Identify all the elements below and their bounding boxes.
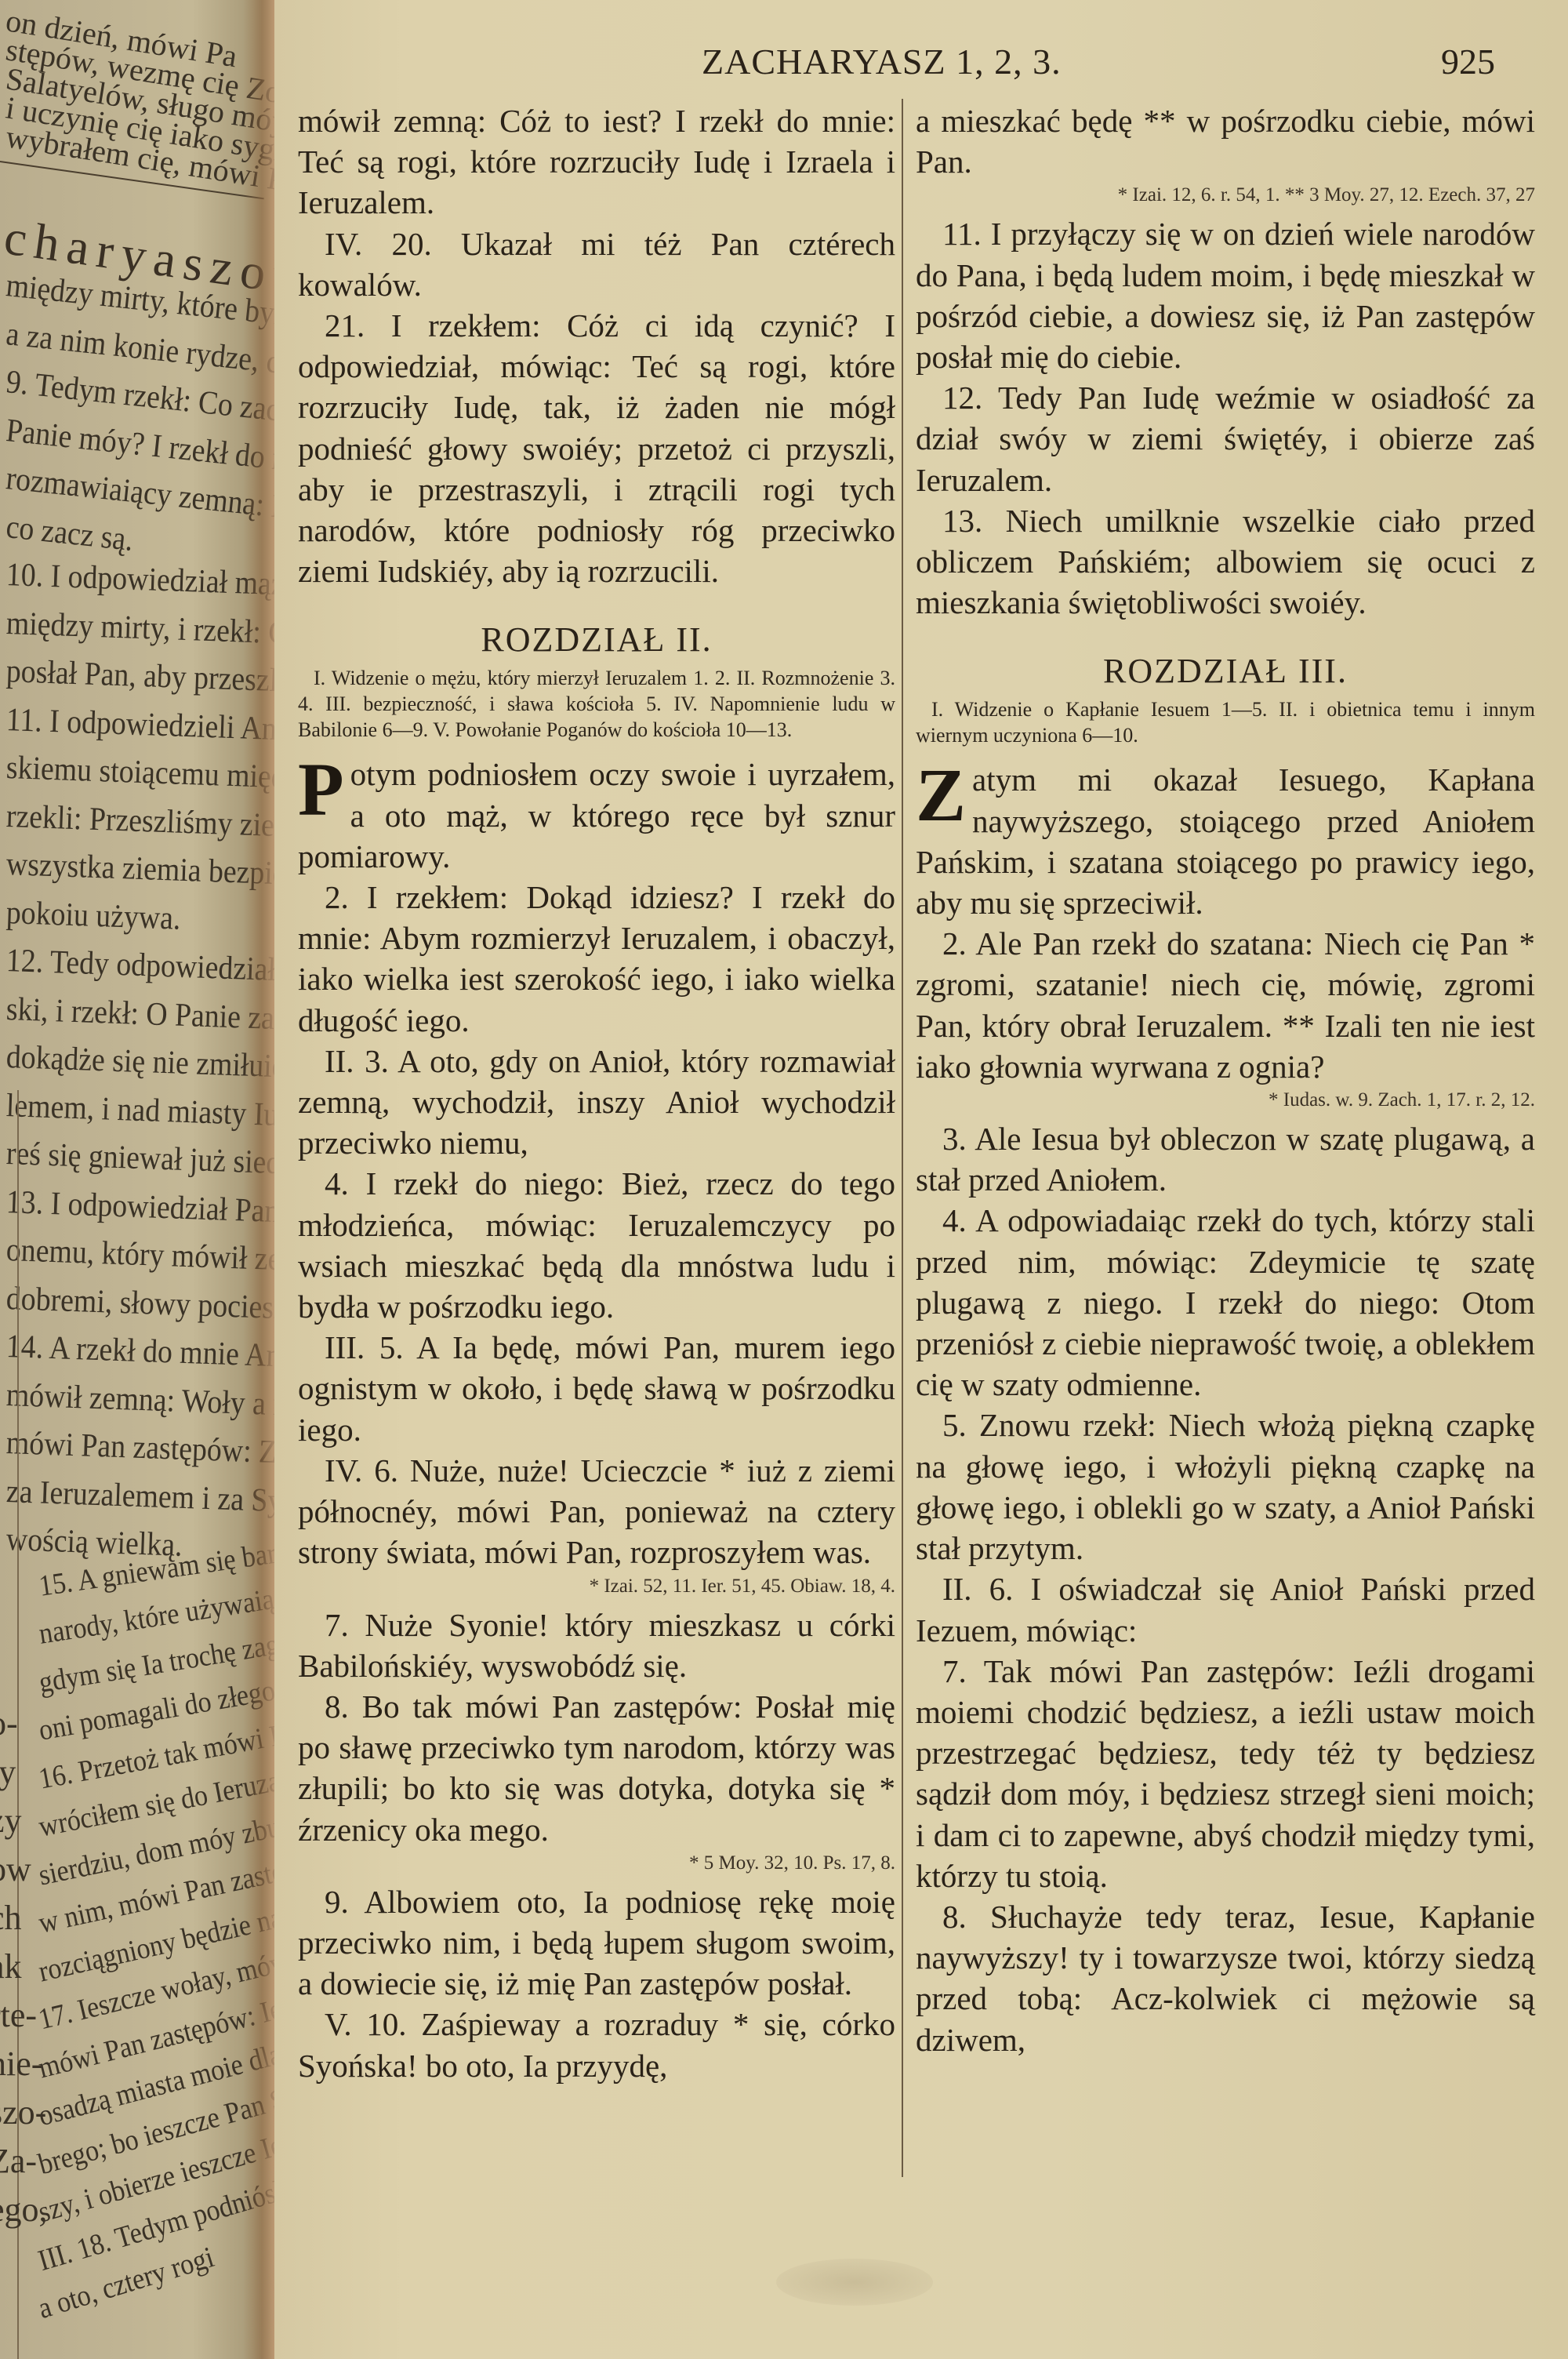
previous-page-edge-fragment: ow [0, 1849, 31, 1889]
verse-paragraph: V. 10. Zaśpieway a rozraduy * się, córko… [298, 2004, 895, 2085]
previous-page-line: między mirty, i rzekł: Ci są [5, 605, 274, 653]
previous-page-edge-fragment: ły [0, 1752, 16, 1792]
verse-paragraph: 7. Nuże Syonie! który mieszkasz u córki … [298, 1605, 895, 1686]
previous-page-edge-fragment: szo- [0, 2092, 46, 2132]
verse-text: 3. Ale Iesua był obleczon w szatę plugaw… [916, 1121, 1535, 1198]
previous-page-line: posłał Pan, aby przeszli ziemię [5, 652, 274, 703]
cross-reference-footnote: * 5 Moy. 32, 10. Ps. 17, 8. [298, 1850, 895, 1877]
verse-text: V. 10. Zaśpieway a rozraduy * się, córko… [298, 2006, 895, 2083]
verse-text: 4. I rzekł do niego: Bież, rzecz do tego… [298, 1165, 895, 1325]
previous-page-line: reś się gniewał już siedmdzies [5, 1135, 274, 1185]
verse-text: IV. 20. Ukazał mi téż Pan cztérech kowal… [298, 226, 895, 303]
verse-paragraph: 5. Znowu rzekł: Niech włożą piękną czapk… [916, 1405, 1535, 1568]
previous-page-line: dokądże się nie zmiłuiesz nad [5, 1038, 274, 1089]
previous-page-line: za Ieruzalemem i za Syonem [5, 1473, 274, 1522]
previous-page-line: 13. I odpowiedział Pan A [5, 1183, 274, 1231]
verse-paragraph: Zatym mi okazał Iesuego, Kapłana naywyżs… [916, 759, 1535, 923]
verse-paragraph: a mieszkać będę ** w pośrzodku ciebie, m… [916, 100, 1535, 182]
page-number: 925 [1441, 41, 1495, 82]
verse-text: 2. I rzekłem: Dokąd idziesz? I rzekł do … [298, 879, 895, 1038]
previous-page-line: mówi Pan zastępów: Zapal [5, 1424, 274, 1473]
previous-page-line: ski, i rzekł: O Panie zastę [5, 990, 274, 1038]
verse-paragraph: 3. Ale Iesua był obleczon w szatę plugaw… [916, 1118, 1535, 1200]
previous-page-edge-fragment: rte- [0, 1995, 37, 2035]
chapter-summary: I. Widzenie o mężu, który mierzył Ieruza… [298, 665, 895, 743]
verse-paragraph: Potym podniosłem oczy swoie i uyrzałem, … [298, 754, 895, 877]
verse-text: atym mi okazał Iesuego, Kapłana naywyższ… [916, 761, 1535, 921]
verse-paragraph: II. 3. A oto, gdy on Anioł, który rozmaw… [298, 1041, 895, 1164]
verse-paragraph: mówił zemną: Cóż to iest? I rzekł do mni… [298, 100, 895, 224]
verse-paragraph: 13. Niech umilknie wszelkie ciało przed … [916, 500, 1535, 623]
previous-page-edge-fragment: zy [0, 1801, 22, 1841]
cross-reference-footnote: * Iudas. w. 9. Zach. 1, 17. r. 2, 12. [916, 1087, 1535, 1114]
previous-page-line: skiemu stoiącemu między m [5, 749, 274, 798]
previous-page-line: rzekli: Przeszliśmy ziemię, [5, 798, 274, 846]
verse-text: 5. Znowu rzekł: Niech włożą piękną czapk… [916, 1407, 1535, 1566]
previous-page-line: co zacz są. [4, 508, 135, 559]
previous-page-edge-fragment: ak [0, 1946, 22, 1986]
previous-page-edge-fragment: Za- [0, 2141, 37, 2181]
chapter-heading: ROZDZIAŁ III. [916, 649, 1535, 693]
verse-text: 8. Słuchayże tedy teraz, Iesue, Kapłanie… [916, 1899, 1535, 2058]
verse-text: II. 6. I oświadczał się Anioł Pański prz… [916, 1571, 1535, 1648]
previous-page-line: wszystka ziemia bezpiecznie [5, 845, 274, 895]
verse-text: 11. I przyłączy się w on dzień wiele nar… [916, 216, 1535, 375]
previous-page-line: 14. A rzekł do mnie Anioł [5, 1328, 274, 1376]
verse-text: 2. Ale Pan rzekł do szatana: Niech cię P… [916, 925, 1535, 1085]
verse-paragraph: 2. I rzekłem: Dokąd idziesz? I rzekł do … [298, 877, 895, 1041]
verse-text: 21. I rzekłem: Cóż ci idą czynić? I odpo… [298, 307, 895, 589]
previous-page-line: dobremi, słowy pociesznemi. [5, 1280, 274, 1329]
previous-page-line: pokoiu używa. [5, 894, 181, 938]
verse-text: 9. Albowiem oto, Ia podniosę rękę moię p… [298, 1884, 895, 2001]
verse-text: II. 3. A oto, gdy on Anioł, który rozmaw… [298, 1043, 895, 1161]
previous-page: on dzień, mówi Pastępów, wezmę cię Zorob… [0, 0, 274, 2359]
running-head: ZACHARYASZ 1, 2, 3. 925 [274, 41, 1568, 88]
verse-text: mówił zemną: Cóż to iest? I rzekł do mni… [298, 103, 895, 220]
verse-text: a mieszkać będę ** w pośrzodku ciebie, m… [916, 103, 1535, 180]
column-divider [902, 99, 903, 2177]
previous-page-line: onemu, który mówił zemną [5, 1231, 274, 1280]
previous-page-edge-fragment: ch [0, 1898, 22, 1938]
previous-page-line: 12. Tedy odpowiedział An [5, 942, 274, 990]
previous-page-edge-fragment: o- [0, 1703, 18, 1743]
verse-text: 7. Tak mówi Pan zastępów: Ieźli drogami … [916, 1653, 1535, 1894]
previous-page-edge-fragment: nie- [0, 2044, 42, 2084]
verse-paragraph: 4. A odpowiadaiąc rzekł do tych, którzy … [916, 1200, 1535, 1405]
verse-text: otym podniosłem oczy swoie i uyrzałem, a… [298, 756, 895, 874]
previous-page-line: 10. I odpowiedział mąż, kt [5, 556, 274, 605]
verse-paragraph: 11. I przyłączy się w on dzień wiele nar… [916, 213, 1535, 377]
book-gutter-fold [243, 0, 274, 2359]
verse-paragraph: 21. I rzekłem: Cóż ci idą czynić? I odpo… [298, 305, 895, 591]
verse-paragraph: II. 6. I oświadczał się Anioł Pański prz… [916, 1568, 1535, 1650]
right-column: a mieszkać będę ** w pośrzodku ciebie, m… [916, 100, 1535, 2060]
verse-text: 4. A odpowiadaiąc rzekł do tych, którzy … [916, 1202, 1535, 1402]
verse-paragraph: IV. 6. Nuże, nuże! Ucieczcie * iuż z zie… [298, 1450, 895, 1573]
running-head-title: ZACHARYASZ 1, 2, 3. [702, 41, 1062, 82]
previous-page-line: lemem, i nad miasty Iudskiemi [5, 1087, 274, 1137]
verse-paragraph: 8. Bo tak mówi Pan zastępów: Posłał mię … [298, 1686, 895, 1850]
verse-paragraph: 4. I rzekł do niego: Bież, rzecz do tego… [298, 1163, 895, 1327]
previous-page-line: 11. I odpowiedzieli Aniołowi [5, 701, 274, 751]
left-column: mówił zemną: Cóż to iest? I rzekł do mni… [298, 100, 895, 2086]
verse-paragraph: 9. Albowiem oto, Ia podniosę rękę moię p… [298, 1881, 895, 2005]
drop-cap-initial: P [298, 758, 344, 821]
verse-text: 8. Bo tak mówi Pan zastępów: Posłał mię … [298, 1688, 895, 1848]
verse-text: 12. Tedy Pan Iudę weźmie w osiadłość za … [916, 380, 1535, 497]
current-page: ZACHARYASZ 1, 2, 3. 925 mówił zemną: Cóż… [274, 0, 1568, 2359]
drop-cap-initial: Z [916, 764, 966, 827]
previous-page-edge-fragment: ego, [0, 2190, 48, 2230]
verse-paragraph: IV. 20. Ukazał mi téż Pan cztérech kowal… [298, 224, 895, 305]
chapter-summary: I. Widzenie o Kapłanie Iesuem 1—5. II. i… [916, 696, 1535, 748]
paper-stain [776, 2259, 933, 2306]
verse-paragraph: 7. Tak mówi Pan zastępów: Ieźli drogami … [916, 1651, 1535, 1896]
verse-text: 7. Nuże Syonie! który mieszkasz u córki … [298, 1607, 895, 1684]
verse-paragraph: 12. Tedy Pan Iudę weźmie w osiadłość za … [916, 377, 1535, 500]
cross-reference-footnote: * Izai. 52, 11. Ier. 51, 45. Obiaw. 18, … [298, 1573, 895, 1600]
verse-text: III. 5. A Ia będę, mówi Pan, murem iego … [298, 1329, 895, 1447]
verse-paragraph: 2. Ale Pan rzekł do szatana: Niech cię P… [916, 923, 1535, 1087]
verse-paragraph: 8. Słuchayże tedy teraz, Iesue, Kapłanie… [916, 1896, 1535, 2060]
cross-reference-footnote: * Izai. 12, 6. r. 54, 1. ** 3 Moy. 27, 1… [916, 182, 1535, 209]
previous-page-line: mówił zemną: Woły a mó [5, 1376, 274, 1425]
verse-text: 13. Niech umilknie wszelkie ciało przed … [916, 503, 1535, 620]
verse-text: IV. 6. Nuże, nuże! Ucieczcie * iuż z zie… [298, 1452, 895, 1570]
verse-paragraph: III. 5. A Ia będę, mówi Pan, murem iego … [298, 1327, 895, 1450]
chapter-heading: ROZDZIAŁ II. [298, 618, 895, 662]
